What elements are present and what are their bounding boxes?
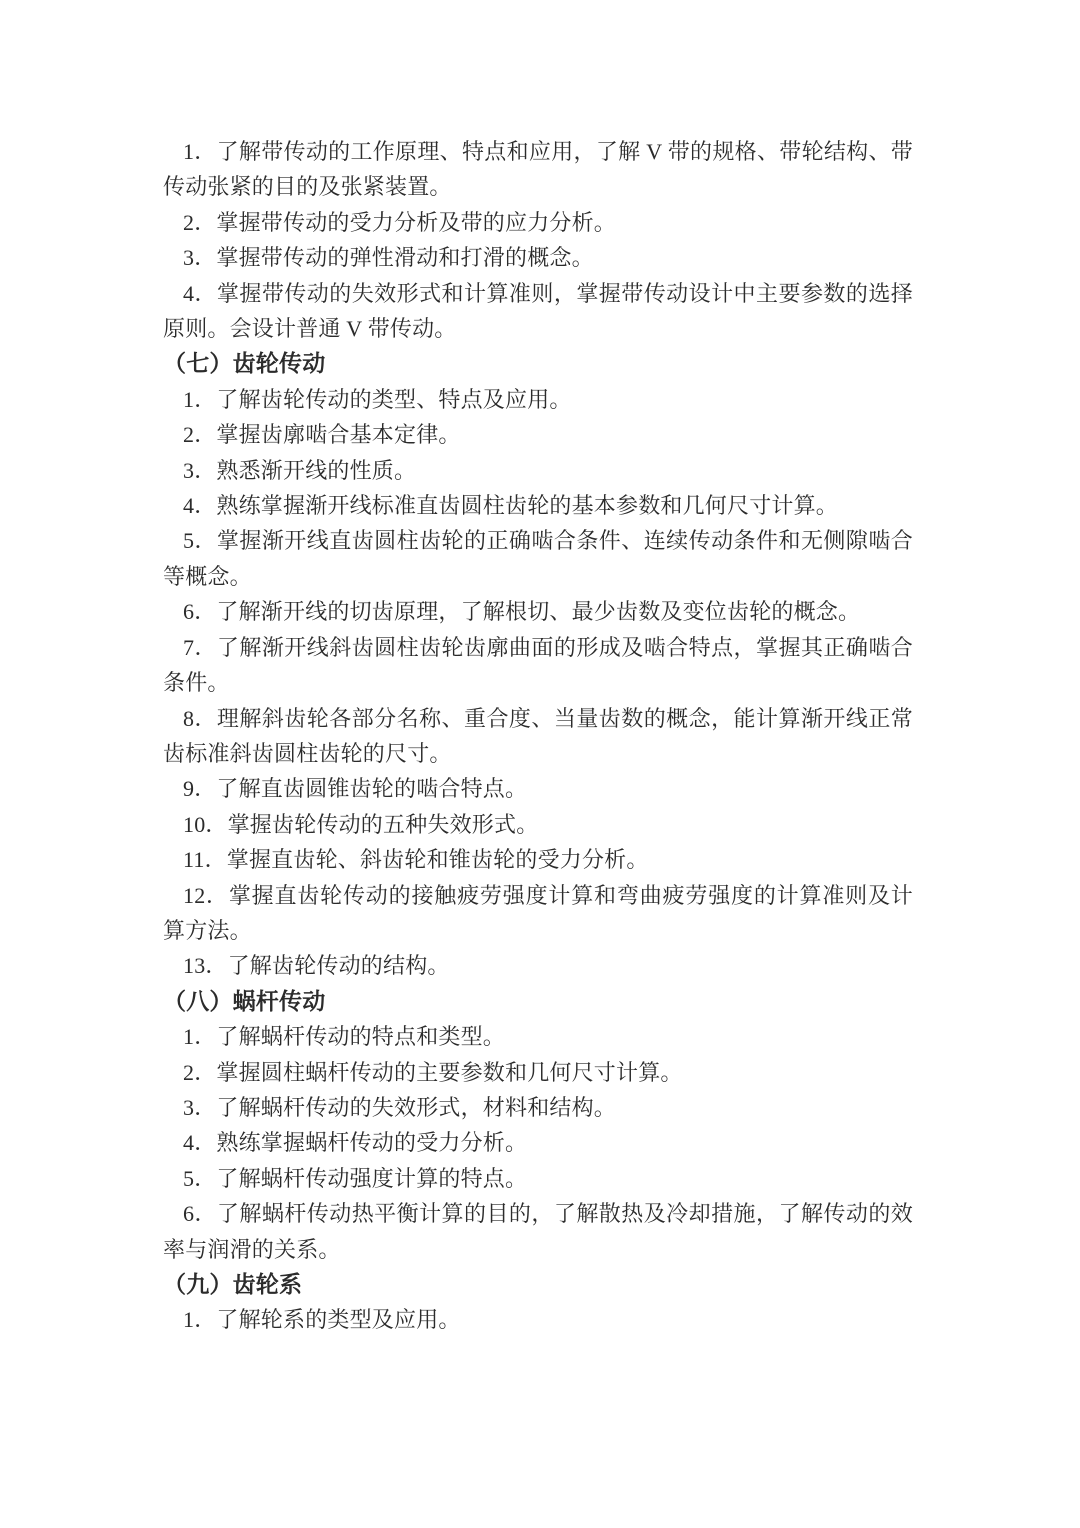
syllabus-item: 1．了解轮系的类型及应用。: [163, 1302, 913, 1337]
syllabus-item: 10．掌握齿轮传动的五种失效形式。: [163, 807, 913, 842]
syllabus-item: 2．掌握齿廓啮合基本定律。: [163, 417, 913, 452]
syllabus-item: 7．了解渐开线斜齿圆柱齿轮齿廓曲面的形成及啮合特点，掌握其正确啮合条件。: [163, 630, 913, 701]
syllabus-item: 13．了解齿轮传动的结构。: [163, 948, 913, 983]
syllabus-item: 12．掌握直齿轮传动的接触疲劳强度计算和弯曲疲劳强度的计算准则及计算方法。: [163, 878, 913, 949]
syllabus-item: 3．掌握带传动的弹性滑动和打滑的概念。: [163, 240, 913, 275]
document-content: 1．了解带传动的工作原理、特点和应用，了解 V 带的规格、带轮结构、带传动张紧的…: [163, 134, 913, 1338]
syllabus-item: 9．了解直齿圆锥齿轮的啮合特点。: [163, 771, 913, 806]
syllabus-item: 5．掌握渐开线直齿圆柱齿轮的正确啮合条件、连续传动条件和无侧隙啮合等概念。: [163, 523, 913, 594]
syllabus-item: 1．了解带传动的工作原理、特点和应用，了解 V 带的规格、带轮结构、带传动张紧的…: [163, 134, 913, 205]
syllabus-item: 1．了解蜗杆传动的特点和类型。: [163, 1019, 913, 1054]
syllabus-item: 4．掌握带传动的失效形式和计算准则，掌握带传动设计中主要参数的选择原则。会设计普…: [163, 276, 913, 347]
syllabus-item: 4．熟练掌握渐开线标准直齿圆柱齿轮的基本参数和几何尺寸计算。: [163, 488, 913, 523]
syllabus-item: 5．了解蜗杆传动强度计算的特点。: [163, 1161, 913, 1196]
section-heading: （七）齿轮传动: [163, 346, 913, 381]
syllabus-item: 6．了解渐开线的切齿原理，了解根切、最少齿数及变位齿轮的概念。: [163, 594, 913, 629]
section-heading: （九）齿轮系: [163, 1267, 913, 1302]
syllabus-item: 11．掌握直齿轮、斜齿轮和锥齿轮的受力分析。: [163, 842, 913, 877]
syllabus-item: 1．了解齿轮传动的类型、特点及应用。: [163, 382, 913, 417]
document-page: 1．了解带传动的工作原理、特点和应用，了解 V 带的规格、带轮结构、带传动张紧的…: [0, 0, 1080, 1528]
syllabus-item: 4．熟练掌握蜗杆传动的受力分析。: [163, 1125, 913, 1160]
section-heading: （八）蜗杆传动: [163, 984, 913, 1019]
syllabus-item: 2．掌握圆柱蜗杆传动的主要参数和几何尺寸计算。: [163, 1055, 913, 1090]
syllabus-item: 2．掌握带传动的受力分析及带的应力分析。: [163, 205, 913, 240]
syllabus-item: 3．了解蜗杆传动的失效形式，材料和结构。: [163, 1090, 913, 1125]
syllabus-item: 3．熟悉渐开线的性质。: [163, 453, 913, 488]
syllabus-item: 8．理解斜齿轮各部分名称、重合度、当量齿数的概念，能计算渐开线正常齿标准斜齿圆柱…: [163, 701, 913, 772]
syllabus-item: 6．了解蜗杆传动热平衡计算的目的，了解散热及冷却措施，了解传动的效率与润滑的关系…: [163, 1196, 913, 1267]
